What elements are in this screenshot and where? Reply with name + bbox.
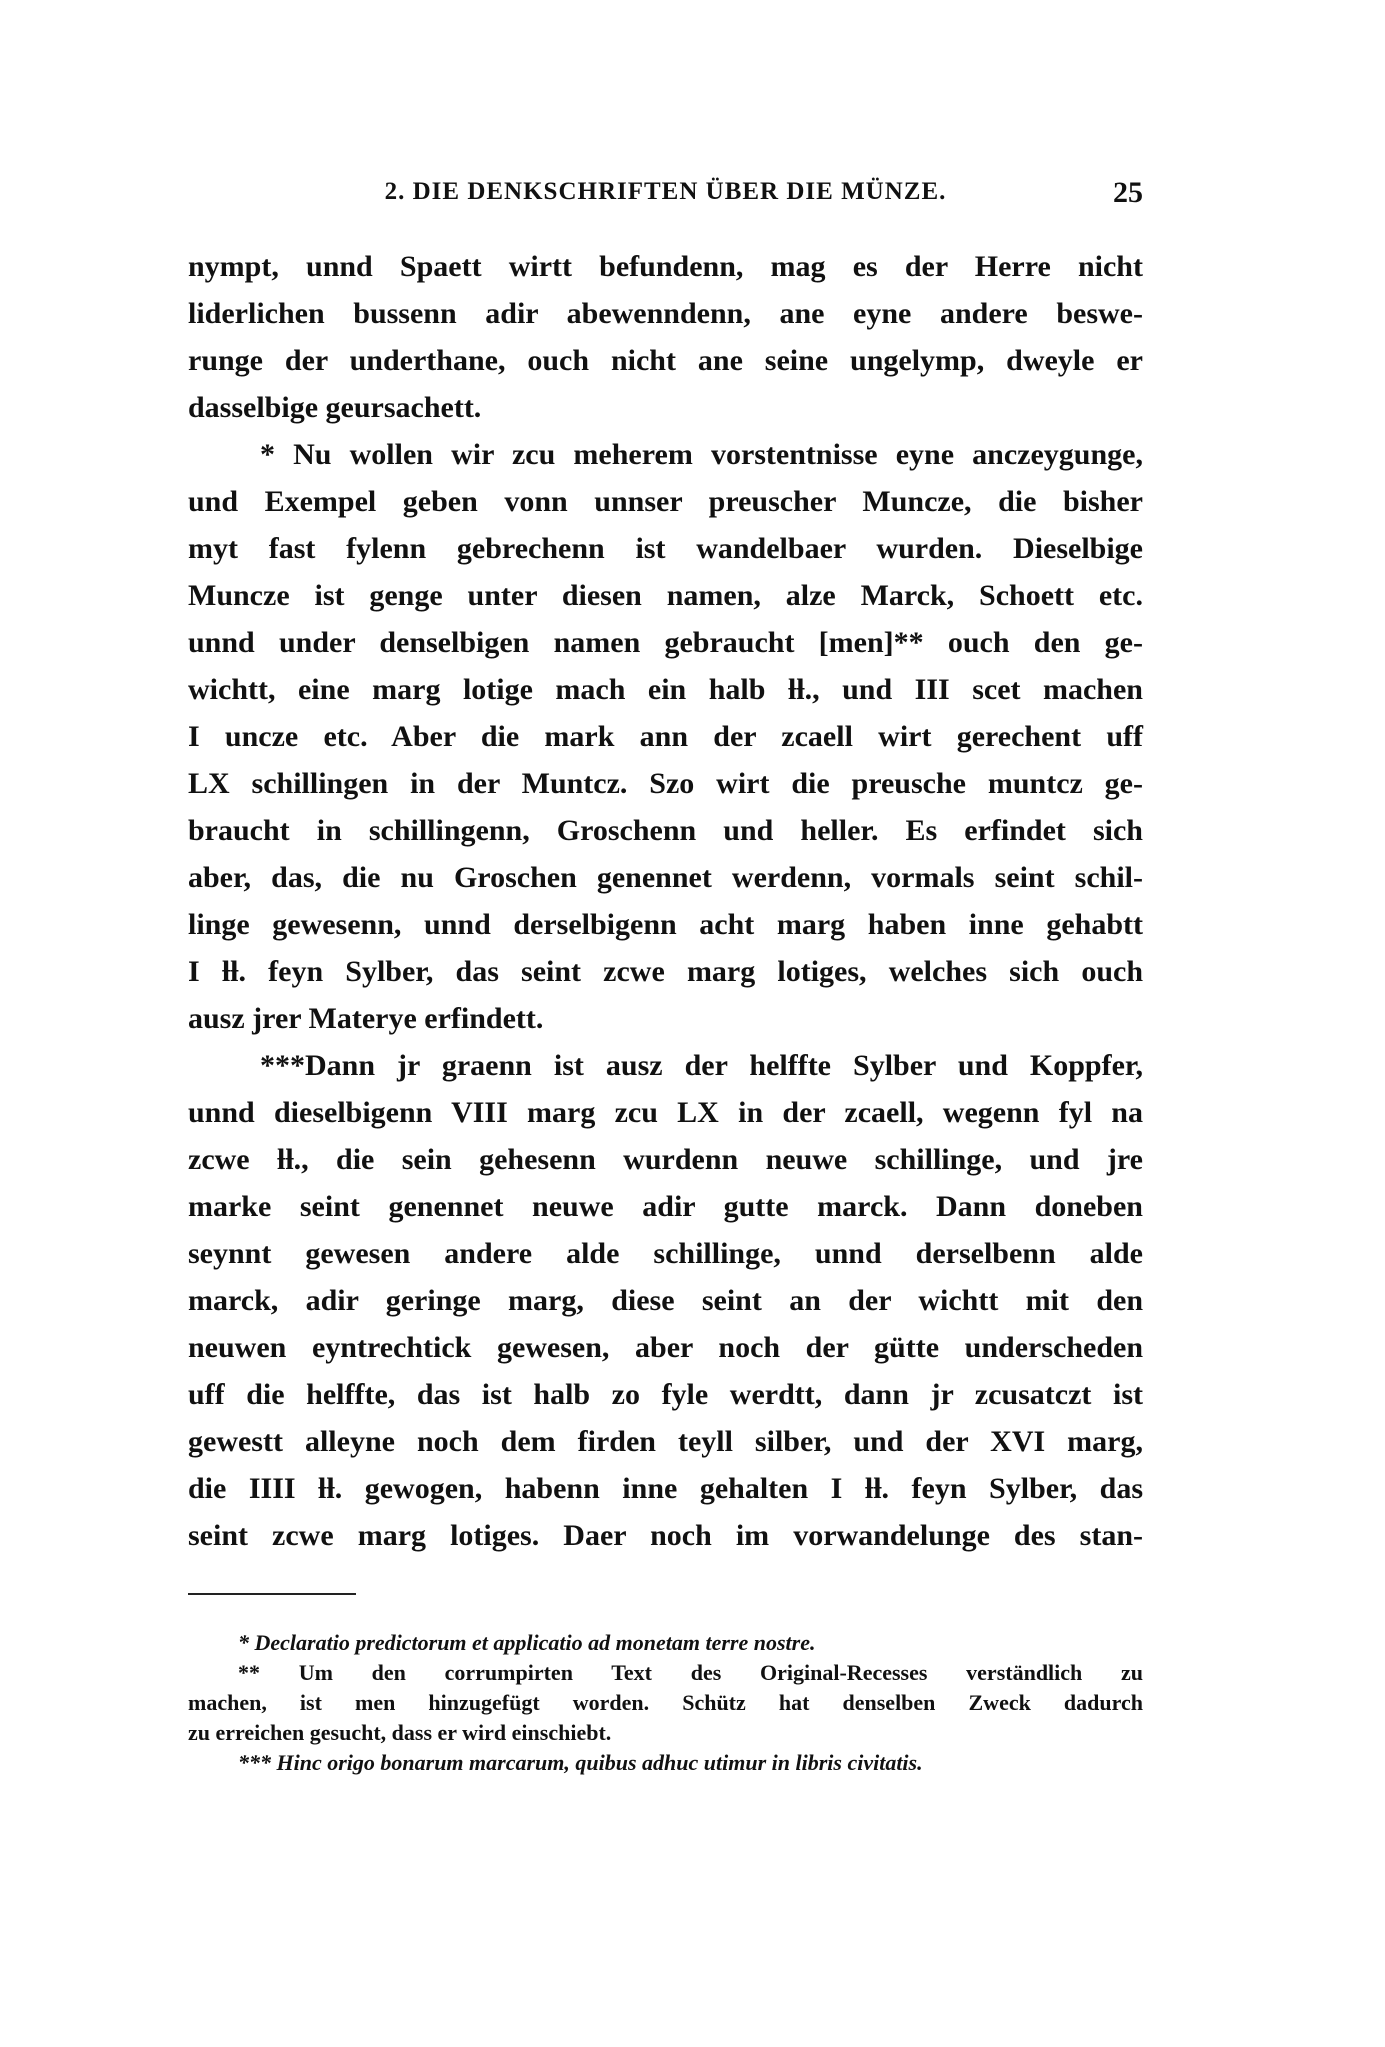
text-line: liderlichen bussenn adir abewenndenn, an… [188,290,1143,337]
text-line: I ƚƚ. feyn Sylber, das seint zcwe marg l… [188,948,1143,995]
footnote-marker: *** [238,1750,271,1775]
text-line: unnd under denselbigen namen gebraucht [… [188,619,1143,666]
text-line: die IIII ƚƚ. gewogen, habenn inne gehalt… [188,1465,1143,1512]
footnote-2-line: zu erreichen gesucht, dass er wird einsc… [188,1718,1143,1748]
text-line: uff die helffte, das ist halb zo fyle we… [188,1371,1143,1418]
footnote-2-line: machen, ist men hinzugefügt worden. Schü… [188,1688,1143,1718]
footnote-3: *** Hinc origo bonarum marcarum, quibus … [188,1748,1143,1778]
text-line: * Nu wollen wir zcu meherem vorstentniss… [188,431,1143,478]
text-line: aber, das, die nu Groschen genennet werd… [188,854,1143,901]
footnote-marker: * [238,1630,249,1655]
text-line: braucht in schillingenn, Groschenn und h… [188,807,1143,854]
text-line: ***Dann jr graenn ist ausz der helffte S… [188,1042,1143,1089]
footnote-2: ** Um den corrumpirten Text des Original… [188,1658,1143,1688]
footnote-divider [188,1593,356,1595]
text-line: dasselbige geursachett. [188,384,1143,431]
text-line: marck, adir geringe marg, diese seint an… [188,1277,1143,1324]
footnotes: * Declaratio predictorum et applicatio a… [188,1628,1143,1778]
footnote-text: Um den corrumpirten Text des Original-Re… [299,1660,1143,1685]
page-number: 25 [1113,176,1143,210]
text-line: wichtt, eine marg lotige mach ein halb ƚ… [188,666,1143,713]
footnote-marker: ** [238,1660,260,1685]
text-line: zcwe ƚƚ., die sein gehesenn wurdenn neuw… [188,1136,1143,1183]
text-line: LX schillingen in der Muntcz. Szo wirt d… [188,760,1143,807]
text-line: und Exempel geben vonn unnser preuscher … [188,478,1143,525]
chapter-title: 2. DIE DENKSCHRIFTEN ÜBER DIE MÜNZE. [188,178,1143,206]
running-header: 2. DIE DENKSCHRIFTEN ÜBER DIE MÜNZE. 25 [188,178,1143,218]
main-text: nympt, unnd Spaett wirtt befundenn, mag … [188,243,1143,1559]
text-line: linge gewesenn, unnd derselbigenn acht m… [188,901,1143,948]
footnote-text: Declaratio predictorum et applicatio ad … [255,1630,816,1655]
text-line: unnd dieselbigenn VIII marg zcu LX in de… [188,1089,1143,1136]
text-line: seint zcwe marg lotiges. Daer noch im vo… [188,1512,1143,1559]
text-line: seynnt gewesen andere alde schillinge, u… [188,1230,1143,1277]
text-line: gewestt alleyne noch dem firden teyll si… [188,1418,1143,1465]
text-line: marke seint genennet neuwe adir gutte ma… [188,1183,1143,1230]
text-line: ausz jrer Materye erfindett. [188,995,1143,1042]
text-line: nympt, unnd Spaett wirtt befundenn, mag … [188,243,1143,290]
text-line: runge der underthane, ouch nicht ane sei… [188,337,1143,384]
footnote-text: Hinc origo bonarum marcarum, quibus adhu… [277,1750,923,1775]
footnote-1: * Declaratio predictorum et applicatio a… [188,1628,1143,1658]
book-page: 2. DIE DENKSCHRIFTEN ÜBER DIE MÜNZE. 25 … [0,0,1385,2047]
text-line: myt fast fylenn gebrechenn ist wandelbae… [188,525,1143,572]
text-line: neuwen eyntrechtick gewesen, aber noch d… [188,1324,1143,1371]
text-line: Muncze ist genge unter diesen namen, alz… [188,572,1143,619]
text-line: I uncze etc. Aber die mark ann der zcael… [188,713,1143,760]
